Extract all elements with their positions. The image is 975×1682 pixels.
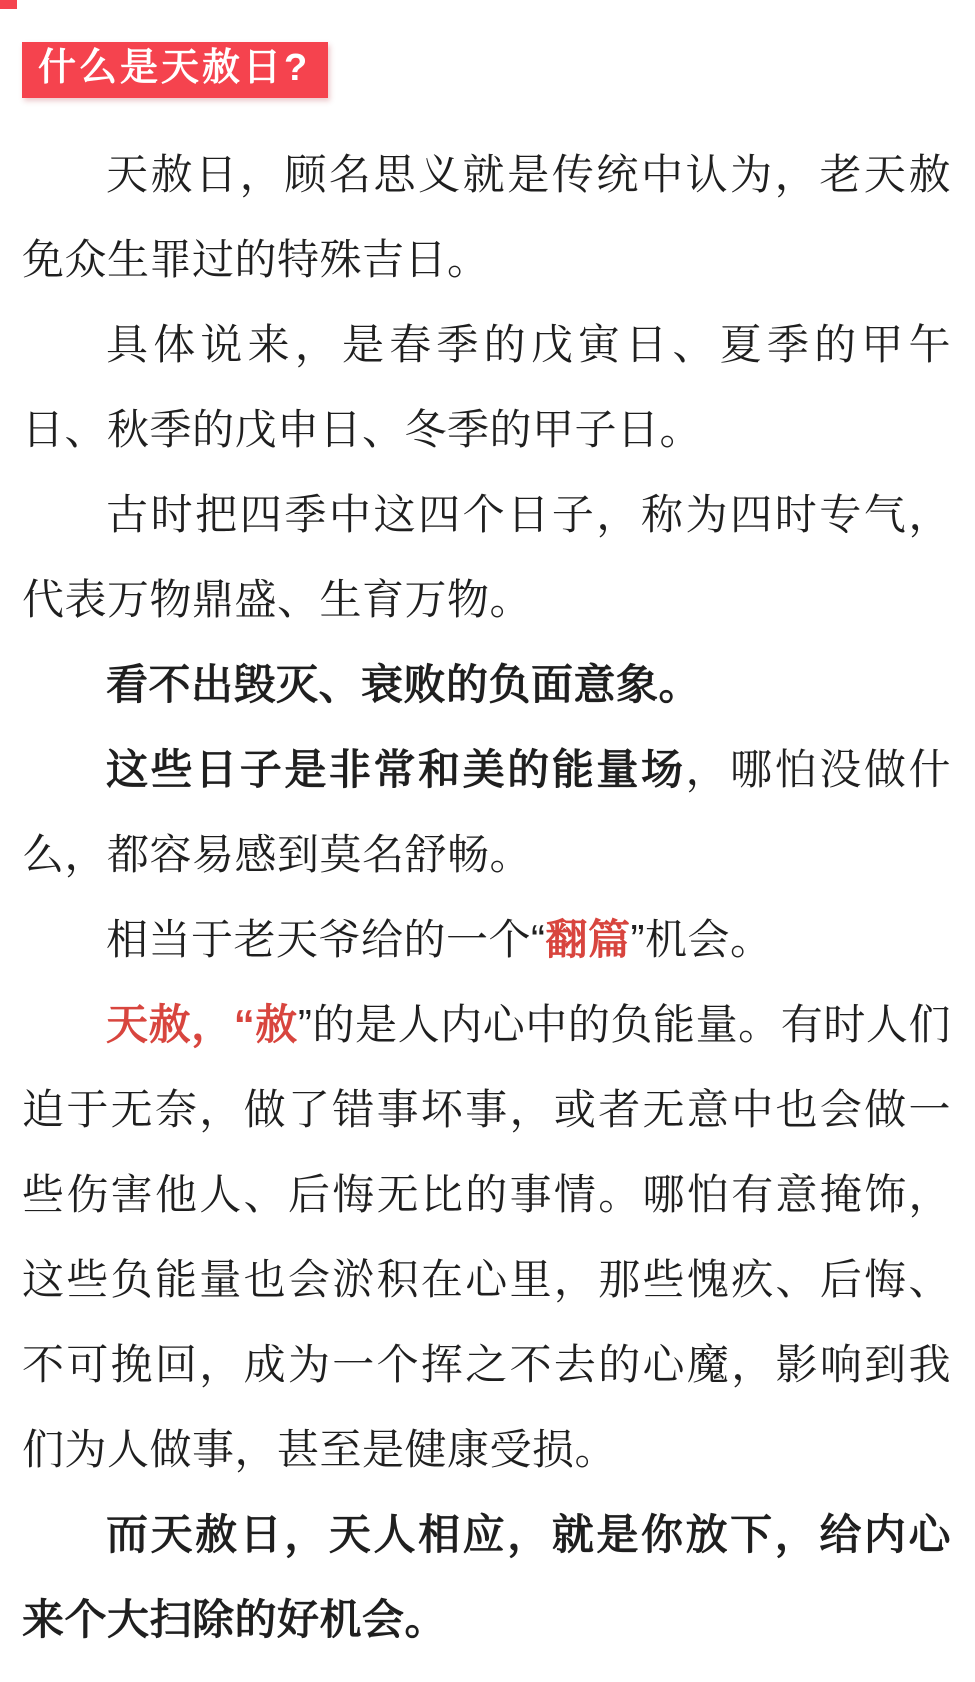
text-run-normal: 相当于老天爷给的一个“: [106, 916, 546, 963]
text-run-bold: 这些日子是非常和美的能量场: [106, 746, 686, 793]
text-run-normal: 天赦日，顾名思义就是传统中认为，老天赦免众生罪过的特殊吉日。: [22, 151, 951, 283]
paragraph: 天赦日，顾名思义就是传统中认为，老天赦免众生罪过的特殊吉日。: [22, 132, 951, 302]
text-run-normal: ”的是人内心中的负能量。有时人们迫于无奈，做了错事坏事，或者无意中也会做一些伤害…: [22, 1001, 951, 1473]
paragraph: 相当于老天爷给的一个“翻篇”机会。: [22, 897, 951, 982]
text-run-normal: ”机会。: [631, 916, 773, 963]
text-run-normal: 古时把四季中这四个日子，称为四时专气，代表万物鼎盛、生育万物。: [22, 491, 951, 623]
paragraph: 古时把四季中这四个日子，称为四时专气，代表万物鼎盛、生育万物。: [22, 472, 951, 642]
paragraph: 看不出毁灭、衰败的负面意象。: [22, 642, 951, 727]
paragraph: 这些日子是非常和美的能量场，哪怕没做什么，都容易感到莫名舒畅。: [22, 727, 951, 897]
text-run-red: 天赦，“赦: [106, 1001, 298, 1048]
paragraph: 天赦，“赦”的是人内心中的负能量。有时人们迫于无奈，做了错事坏事，或者无意中也会…: [22, 982, 951, 1492]
article-body: 天赦日，顾名思义就是传统中认为，老天赦免众生罪过的特殊吉日。具体说来，是春季的戊…: [22, 132, 951, 1662]
text-run-normal: 具体说来，是春季的戊寅日、夏季的甲午日、秋季的戊申日、冬季的甲子日。: [22, 321, 951, 453]
paragraph: 而天赦日，天人相应，就是你放下，给内心来个大扫除的好机会。: [22, 1492, 951, 1662]
paragraph: 具体说来，是春季的戊寅日、夏季的甲午日、秋季的戊申日、冬季的甲子日。: [22, 302, 951, 472]
text-run-red: 翻篇: [546, 916, 631, 963]
section-heading-text: 什么是天赦日?: [38, 49, 310, 87]
text-run-bold: 而天赦日，天人相应，就是你放下，给内心来个大扫除的好机会。: [22, 1511, 951, 1643]
red-corner-fragment: [0, 0, 17, 9]
text-run-bold: 看不出毁灭、衰败的负面意象。: [106, 661, 701, 708]
section-heading-badge: 什么是天赦日?: [22, 42, 328, 98]
